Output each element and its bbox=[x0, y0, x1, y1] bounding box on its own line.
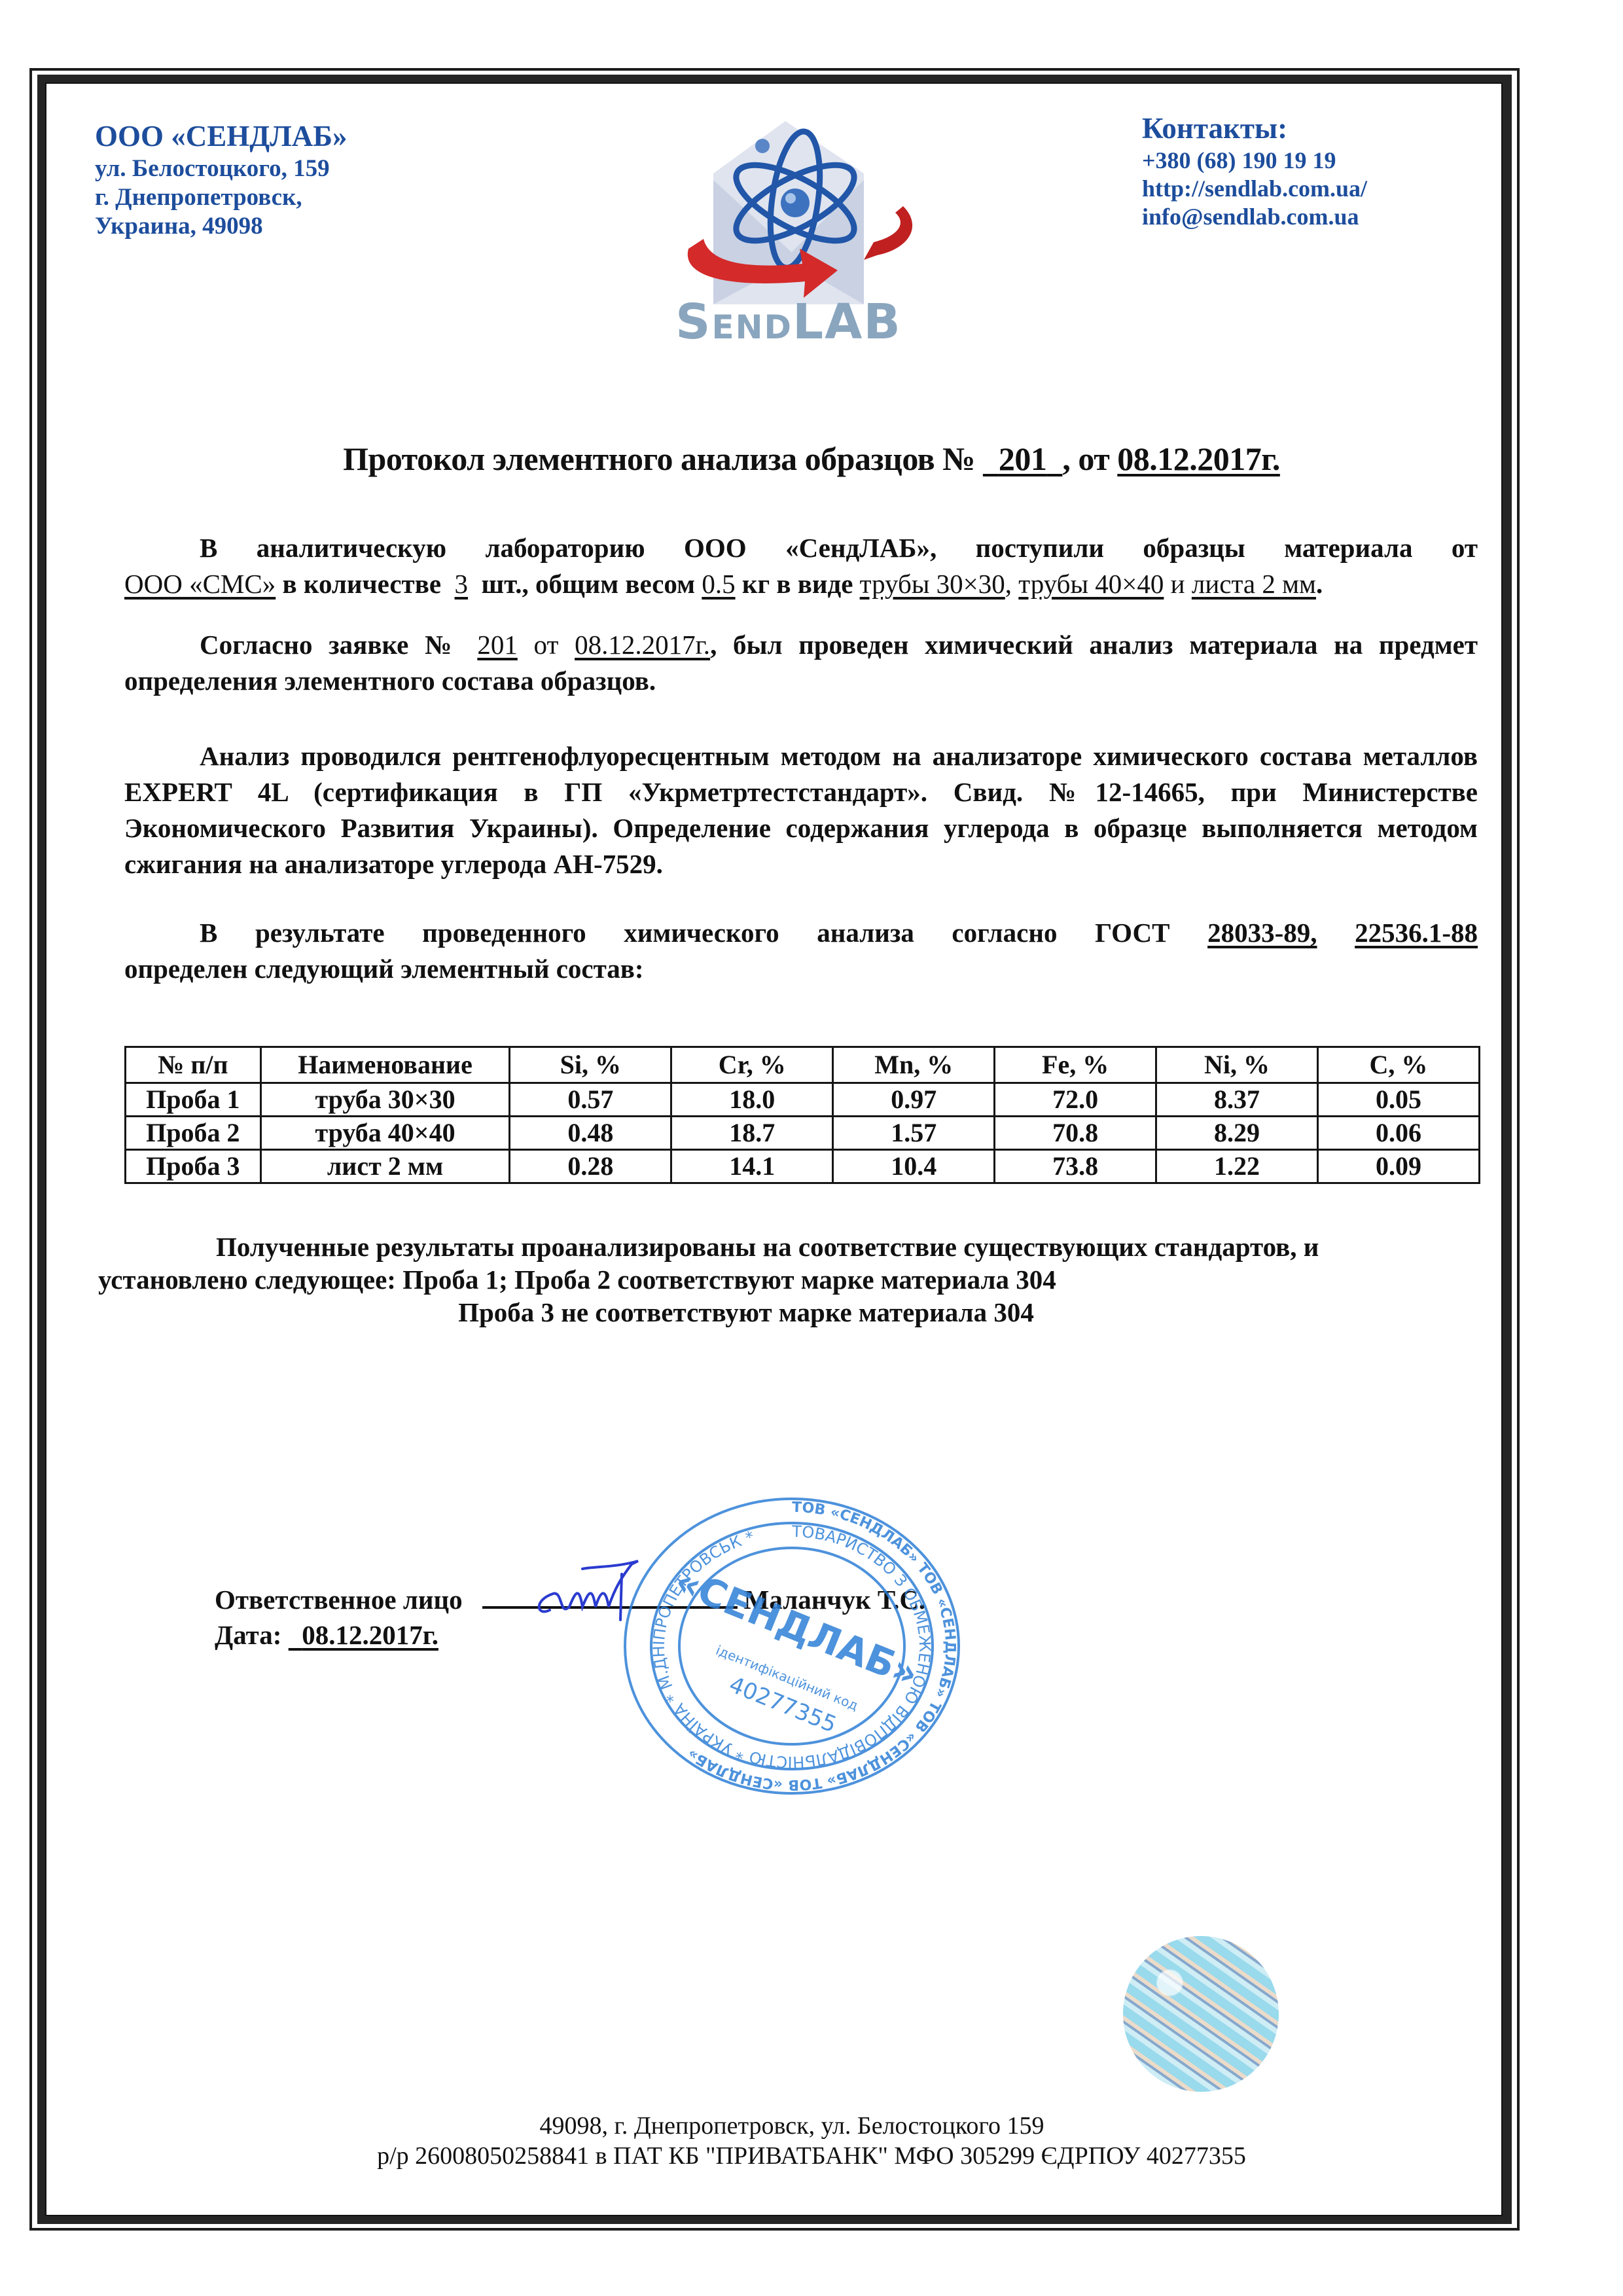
element-value-cell: 0.97 bbox=[833, 1083, 995, 1117]
element-value-cell: 0.06 bbox=[1318, 1117, 1480, 1150]
gost-standard-2: 22536.1-88 bbox=[1355, 918, 1478, 948]
signoff-date: 08.12.2017г. bbox=[289, 1620, 438, 1650]
protocol-date: 08.12.2017г. bbox=[1117, 440, 1280, 477]
composition-table: № п/п Наименование Si, % Cr, % Mn, % Fe,… bbox=[124, 1046, 1480, 1184]
conclusion-block: Полученные результаты проанализированы н… bbox=[98, 1230, 1525, 1329]
contact-phone[interactable]: +380 (68) 190 19 19 bbox=[1142, 147, 1367, 175]
element-value-cell: 73.8 bbox=[995, 1150, 1156, 1183]
element-value-cell: 10.4 bbox=[833, 1150, 995, 1183]
sample-quantity: 3 bbox=[455, 569, 469, 599]
col-header-name: Наименование bbox=[260, 1047, 510, 1083]
element-value-cell: 0.28 bbox=[510, 1150, 671, 1183]
element-value-cell: 0.05 bbox=[1318, 1083, 1480, 1117]
col-header-cr: Cr, % bbox=[671, 1047, 833, 1083]
sample-name-cell: лист 2 мм bbox=[260, 1150, 510, 1183]
client-name: ООО «СМС» bbox=[124, 569, 276, 599]
signoff-date-row: Дата: 08.12.2017г. bbox=[215, 1618, 438, 1652]
col-header-fe: Fe, % bbox=[995, 1047, 1156, 1083]
contacts-heading: Контакты: bbox=[1142, 110, 1367, 147]
element-value-cell: 8.29 bbox=[1156, 1117, 1318, 1150]
paragraph-gost: В результате проведенного химического ан… bbox=[124, 915, 1478, 987]
document-title: Протокол элементного анализа образцов № … bbox=[0, 440, 1623, 478]
element-value-cell: 18.7 bbox=[671, 1117, 833, 1150]
company-address-street: ул. Белостоцкого, 159 bbox=[95, 154, 348, 183]
protocol-number: 201 bbox=[983, 440, 1063, 477]
col-header-c: C, % bbox=[1318, 1047, 1480, 1083]
element-value-cell: 72.0 bbox=[995, 1083, 1156, 1117]
element-value-cell: 8.37 bbox=[1156, 1083, 1318, 1117]
gost-standard-1: 28033-89, bbox=[1207, 918, 1317, 948]
element-value-cell: 1.57 bbox=[833, 1117, 995, 1150]
element-value-cell: 0.48 bbox=[510, 1117, 671, 1150]
col-header-number: № п/п bbox=[126, 1047, 261, 1083]
sample-id-cell: Проба 1 bbox=[126, 1083, 261, 1117]
company-name: ООО «СЕНДЛАБ» bbox=[95, 118, 348, 154]
footer-bank-details: р/р 26008050258841 в ПАТ КБ "ПРИВАТБАНК"… bbox=[0, 2141, 1623, 2171]
title-middle: , от bbox=[1062, 440, 1109, 477]
title-prefix: Протокол элементного анализа образцов № bbox=[343, 440, 975, 477]
contacts-block: Контакты: +380 (68) 190 19 19 http://sen… bbox=[1142, 110, 1367, 231]
conclusion-line-3: Проба 3 не соответствуют марке материала… bbox=[98, 1296, 1525, 1329]
company-stamp-icon: ТОВ «СЕНДЛАБ» ТОВ «СЕНДЛАБ» ТОВ «СЕНДЛАБ… bbox=[609, 1486, 975, 1800]
request-number: 201 bbox=[477, 630, 518, 660]
date-label: Дата: bbox=[215, 1620, 281, 1650]
paragraph-method: Анализ проводился рентгенофлуоресцентным… bbox=[124, 738, 1478, 882]
contact-website-link[interactable]: http://sendlab.com.ua/ bbox=[1142, 175, 1367, 203]
footer: 49098, г. Днепропетровск, ул. Белостоцко… bbox=[0, 2111, 1623, 2171]
responsible-label: Ответственное лицо bbox=[215, 1585, 463, 1615]
sample-name-cell: труба 40×40 bbox=[260, 1117, 510, 1150]
company-address-city: г. Днепропетровск, bbox=[95, 183, 348, 212]
sample-id-cell: Проба 3 bbox=[126, 1150, 261, 1183]
col-header-mn: Mn, % bbox=[833, 1047, 995, 1083]
element-value-cell: 70.8 bbox=[995, 1117, 1156, 1150]
signature-scribble-icon bbox=[524, 1554, 674, 1626]
sample-item-3: листа 2 мм bbox=[1192, 569, 1316, 599]
paragraph-samples-received: В аналитическую лабораторию ООО «СендЛАБ… bbox=[124, 530, 1478, 602]
element-value-cell: 1.22 bbox=[1156, 1150, 1318, 1183]
col-header-si: Si, % bbox=[510, 1047, 671, 1083]
element-value-cell: 18.0 bbox=[671, 1083, 833, 1117]
company-address-country: Украина, 49098 bbox=[95, 212, 348, 241]
element-value-cell: 14.1 bbox=[671, 1150, 833, 1183]
table-header-row: № п/п Наименование Si, % Cr, % Mn, % Fe,… bbox=[126, 1047, 1480, 1083]
sendlab-logo-icon: SENDLAB bbox=[648, 108, 929, 350]
table-row: Проба 3лист 2 мм0.2814.110.473.81.220.09 bbox=[126, 1150, 1480, 1183]
contact-email-link[interactable]: info@sendlab.com.ua bbox=[1142, 203, 1367, 231]
sample-item-2: трубы 40×40 bbox=[1018, 569, 1164, 599]
table-row: Проба 1труба 30×300.5718.00.9772.08.370.… bbox=[126, 1083, 1480, 1117]
hologram-seal-icon bbox=[1123, 1936, 1279, 2092]
footer-address: 49098, г. Днепропетровск, ул. Белостоцко… bbox=[0, 2111, 1623, 2141]
sample-weight: 0.5 bbox=[702, 569, 735, 599]
element-value-cell: 0.57 bbox=[510, 1083, 671, 1117]
company-block: ООО «СЕНДЛАБ» ул. Белостоцкого, 159 г. Д… bbox=[95, 118, 348, 241]
request-date: 08.12.2017г. bbox=[575, 630, 710, 660]
sample-id-cell: Проба 2 bbox=[126, 1117, 261, 1150]
sample-name-cell: труба 30×30 bbox=[260, 1083, 510, 1117]
conclusion-line-1: Полученные результаты проанализированы н… bbox=[98, 1230, 1525, 1263]
element-value-cell: 0.09 bbox=[1318, 1150, 1480, 1183]
paragraph-request: Согласно заявке № 201 от 08.12.2017г., б… bbox=[124, 627, 1478, 699]
conclusion-line-2: установлено следующее: Проба 1; Проба 2 … bbox=[98, 1263, 1525, 1296]
sample-item-1: трубы 30×30 bbox=[860, 569, 1005, 599]
table-row: Проба 2труба 40×400.4818.71.5770.88.290.… bbox=[126, 1117, 1480, 1150]
col-header-ni: Ni, % bbox=[1156, 1047, 1318, 1083]
